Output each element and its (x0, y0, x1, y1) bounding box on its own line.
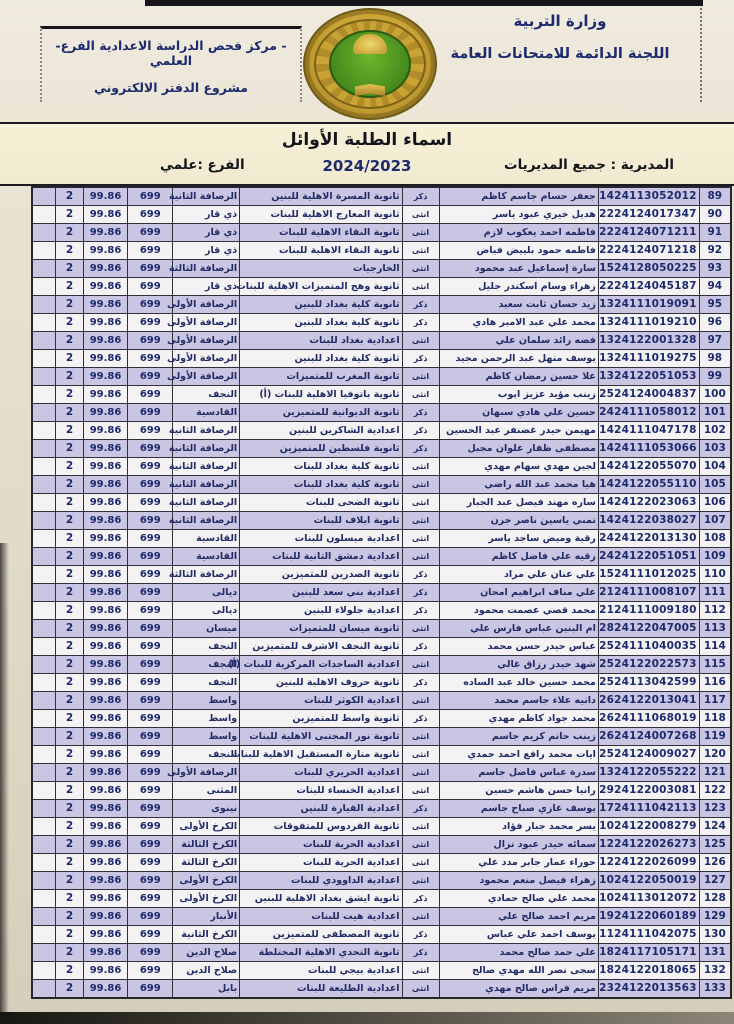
table-row: 109 2424122051051 رقيه علي فاضل كاظم انث… (32, 548, 731, 566)
cell-student-name: مريم احمد صالح علي (439, 908, 598, 926)
cell-blank (32, 800, 56, 818)
cell-percentage: 99.86 (83, 692, 127, 710)
cell-blank (32, 890, 56, 908)
cell-student-name: سمائه حيدر عبود نزال (439, 836, 598, 854)
title-band: اسماء الطلبة الأوائل المديرية : جميع الم… (0, 122, 734, 186)
cell-gender: انثى (402, 818, 439, 836)
cell-blank (32, 476, 56, 494)
exam-center-header: - مركز فحص الدراسة الاعدادية الفرع- العل… (40, 26, 302, 102)
cell-subject-count: 2 (56, 566, 84, 584)
cell-percentage: 99.86 (83, 836, 127, 854)
cell-blank (32, 404, 56, 422)
table-row: 115 2524122022573 شهد حيدر رزاق غالي انث… (32, 656, 731, 674)
table-row: 104 1424122055070 لجين مهدي سهام مهدي ان… (32, 458, 731, 476)
table-row: 117 2624122013041 دانيه علاء جاسم محمد ا… (32, 692, 731, 710)
cell-school: ثانوية النقاء الاهلية للبنات (240, 224, 402, 242)
table-row: 100 2524124004837 زينب مؤيد عزيز ايوب ان… (32, 386, 731, 404)
ministry-header: وزارة التربية اللجنة الدائمة للامتحانات … (420, 12, 700, 62)
cell-rank: 90 (699, 206, 731, 224)
cell-school: اعدادية الحريري للبنات (240, 764, 402, 782)
cell-percentage: 99.86 (83, 944, 127, 962)
cell-percentage: 99.86 (83, 530, 127, 548)
cell-directorate: النجف (173, 386, 240, 404)
exam-center-line1: - مركز فحص الدراسة الاعدادية الفرع- العل… (42, 38, 300, 68)
cell-percentage: 99.86 (83, 638, 127, 656)
cell-average: 699 (128, 890, 173, 908)
cell-rank: 101 (699, 404, 731, 422)
cell-average: 699 (128, 440, 173, 458)
cell-directorate: الرصافة الثانية (173, 187, 240, 206)
cell-student-name: محمد علي عبد الامير هادي (439, 314, 598, 332)
cell-gender: انثى (402, 278, 439, 296)
cell-directorate: الكرخ الثالثة (173, 836, 240, 854)
cell-school: اعدادية دمشق الثانية للبنات (240, 548, 402, 566)
cell-gender: انثى (402, 692, 439, 710)
cell-blank (32, 260, 56, 278)
cell-gender: ذكر (402, 440, 439, 458)
cell-blank (32, 187, 56, 206)
cell-directorate: المثنى (173, 782, 240, 800)
cell-student-name: هيا محمد عبد الله راضي (439, 476, 598, 494)
cell-blank (32, 944, 56, 962)
cell-rank: 94 (699, 278, 731, 296)
table-row: 113 2824122047005 ام البنين عباس فارس عل… (32, 620, 731, 638)
table-row: 126 1224122026099 حوراء عمار جابر مدد عل… (32, 854, 731, 872)
cell-average: 699 (128, 962, 173, 980)
cell-rank: 112 (699, 602, 731, 620)
cell-student-name: علي مناف ابراهيم امحان (439, 584, 598, 602)
table-row: 131 1824117105171 علي حمد صالح محمد ذكر … (32, 944, 731, 962)
cell-blank (32, 566, 56, 584)
cell-percentage: 99.86 (83, 332, 127, 350)
cell-subject-count: 2 (56, 710, 84, 728)
cell-student-name: سجى نصر الله مهدي صالح (439, 962, 598, 980)
cell-gender: ذكر (402, 314, 439, 332)
cell-average: 699 (128, 548, 173, 566)
cell-directorate: واسط (173, 728, 240, 746)
cell-exam-number: 1524111012025 (598, 566, 699, 584)
cell-directorate: النجف (173, 656, 240, 674)
cell-blank (32, 206, 56, 224)
table-row: 90 2224124017347 هديل خيري عبود ياسر انث… (32, 206, 731, 224)
cell-gender: انثى (402, 206, 439, 224)
cell-rank: 92 (699, 242, 731, 260)
table-row: 108 2424122013130 رقية وميض ساجد ياسر ان… (32, 530, 731, 548)
cell-average: 699 (128, 926, 173, 944)
cell-school: اعدادية بيجي للبنات (240, 962, 402, 980)
cell-exam-number: 1124111042075 (598, 926, 699, 944)
cell-school: ثانوية المغرب للمتميزات (240, 368, 402, 386)
cell-average: 699 (128, 386, 173, 404)
cell-blank (32, 368, 56, 386)
cell-directorate: القادسية (173, 548, 240, 566)
cell-school: ثانوية ايشق بغداد الاهلية للبنين (240, 890, 402, 908)
cell-directorate: الرصافة الثالثة (173, 260, 240, 278)
cell-student-name: جعفر حسام جاسم كاظم (439, 187, 598, 206)
cell-school: ثانوية ايلاف للبنات (240, 512, 402, 530)
cell-student-name: يسر محمد جبار فؤاد (439, 818, 598, 836)
cell-subject-count: 2 (56, 638, 84, 656)
cell-gender: انثى (402, 962, 439, 980)
cell-gender: انثى (402, 530, 439, 548)
cell-rank: 118 (699, 710, 731, 728)
cell-average: 699 (128, 728, 173, 746)
cell-average: 699 (128, 422, 173, 440)
cell-subject-count: 2 (56, 476, 84, 494)
table-row: 97 1324122001328 فضه رائد سلمان علي انثى… (32, 332, 731, 350)
cell-percentage: 99.86 (83, 872, 127, 890)
table-row: 114 2524111040035 عباس حيدر حسن محمد ذكر… (32, 638, 731, 656)
cell-exam-number: 1324111019275 (598, 350, 699, 368)
cell-gender: ذكر (402, 187, 439, 206)
cell-gender: ذكر (402, 710, 439, 728)
table-row: 102 1424111047178 مهيمن حيدر غضنفر عبد ا… (32, 422, 731, 440)
cell-rank: 130 (699, 926, 731, 944)
cell-percentage: 99.86 (83, 602, 127, 620)
cell-gender: ذكر (402, 890, 439, 908)
cell-subject-count: 2 (56, 926, 84, 944)
cell-subject-count: 2 (56, 674, 84, 692)
cell-student-name: زهراء وسام اسكندر جليل (439, 278, 598, 296)
cell-rank: 104 (699, 458, 731, 476)
cell-gender: ذكر (402, 584, 439, 602)
cell-exam-number: 1024122008279 (598, 818, 699, 836)
cell-exam-number: 1224122026273 (598, 836, 699, 854)
cell-blank (32, 584, 56, 602)
cell-percentage: 99.86 (83, 206, 127, 224)
cell-average: 699 (128, 512, 173, 530)
cell-average: 699 (128, 674, 173, 692)
cell-gender: انثى (402, 386, 439, 404)
cell-gender: انثى (402, 656, 439, 674)
cell-gender: انثى (402, 494, 439, 512)
cell-directorate: الرصافة الثانية (173, 458, 240, 476)
cell-gender: انثى (402, 548, 439, 566)
cell-average: 699 (128, 458, 173, 476)
cell-rank: 115 (699, 656, 731, 674)
cell-subject-count: 2 (56, 512, 84, 530)
cell-gender: انثى (402, 854, 439, 872)
cell-student-name: علي حمد صالح محمد (439, 944, 598, 962)
cell-exam-number: 1424113052012 (598, 187, 699, 206)
cell-school: ثانوية حروف الاهلية للبنين (240, 674, 402, 692)
cell-average: 699 (128, 566, 173, 584)
cell-school: ثانوية النجف الاشرف للمتميزين (240, 638, 402, 656)
cell-student-name: محمد جواد كاظم مهدي (439, 710, 598, 728)
cell-school: اعدادية الحرية للبنات (240, 836, 402, 854)
cell-rank: 106 (699, 494, 731, 512)
cell-student-name: سارة إسماعيل عبد محمود (439, 260, 598, 278)
cell-exam-number: 1924122060189 (598, 908, 699, 926)
table-row: 119 2624124007268 زينب حاتم كريم جاسم ان… (32, 728, 731, 746)
cell-percentage: 99.86 (83, 656, 127, 674)
cell-directorate: الرصافة الثالثة (173, 566, 240, 584)
cell-subject-count: 2 (56, 242, 84, 260)
table-row: 95 1324111019091 زيد حسان ثابت سعيد ذكر … (32, 296, 731, 314)
cell-subject-count: 2 (56, 800, 84, 818)
cell-exam-number: 1324122051053 (598, 368, 699, 386)
cell-blank (32, 692, 56, 710)
cell-blank (32, 530, 56, 548)
cell-subject-count: 2 (56, 422, 84, 440)
cell-average: 699 (128, 278, 173, 296)
cell-average: 699 (128, 620, 173, 638)
cell-gender: انثى (402, 836, 439, 854)
cell-gender: انثى (402, 764, 439, 782)
cell-subject-count: 2 (56, 440, 84, 458)
cell-rank: 100 (699, 386, 731, 404)
cell-rank: 111 (699, 584, 731, 602)
cell-subject-count: 2 (56, 584, 84, 602)
cell-school: اعدادية الكوثر للبنات (240, 692, 402, 710)
table-row: 106 1424122023063 ساره مهند فيصل عبد الج… (32, 494, 731, 512)
table-row: 123 1724111042113 يوسف غازي صباح جاسم ذك… (32, 800, 731, 818)
cell-rank: 93 (699, 260, 731, 278)
cell-student-name: ام البنين عباس فارس علي (439, 620, 598, 638)
cell-subject-count: 2 (56, 980, 84, 999)
cell-directorate: الرصافة الأولى (173, 764, 240, 782)
results-table: 89 1424113052012 جعفر حسام جاسم كاظم ذكر… (31, 186, 732, 999)
cell-student-name: فضه رائد سلمان علي (439, 332, 598, 350)
cell-gender: انثى (402, 332, 439, 350)
cell-gender: انثى (402, 260, 439, 278)
cell-blank (32, 314, 56, 332)
cell-directorate: الأنبار (173, 908, 240, 926)
cell-blank (32, 872, 56, 890)
cell-blank (32, 638, 56, 656)
cell-subject-count: 2 (56, 368, 84, 386)
cell-directorate: بابل (173, 980, 240, 999)
table-row: 101 2424111058012 حسين علي هادي سبهان ذك… (32, 404, 731, 422)
cell-school: اعدادية الساجدات المركزية للبنات (أ) (240, 656, 402, 674)
cell-gender: انثى (402, 728, 439, 746)
cell-directorate: الكرخ الأولى (173, 890, 240, 908)
cell-subject-count: 2 (56, 296, 84, 314)
cell-school: ثانوية المصطفى للمتميزين (240, 926, 402, 944)
results-table-body: 89 1424113052012 جعفر حسام جاسم كاظم ذكر… (32, 187, 731, 998)
cell-average: 699 (128, 224, 173, 242)
cell-rank: 121 (699, 764, 731, 782)
cell-directorate: الرصافة الأولى (173, 368, 240, 386)
cell-rank: 109 (699, 548, 731, 566)
cell-percentage: 99.86 (83, 926, 127, 944)
cell-percentage: 99.86 (83, 314, 127, 332)
cell-exam-number: 1524128050225 (598, 260, 699, 278)
cell-directorate: ميسان (173, 620, 240, 638)
cell-rank: 125 (699, 836, 731, 854)
cell-subject-count: 2 (56, 602, 84, 620)
cell-directorate: واسط (173, 692, 240, 710)
cell-exam-number: 1324111019091 (598, 296, 699, 314)
cell-average: 699 (128, 710, 173, 728)
cell-average: 699 (128, 746, 173, 764)
table-row: 120 2524124009027 ايات محمد رافع احمد حم… (32, 746, 731, 764)
cell-student-name: ايات محمد رافع احمد حمدي (439, 746, 598, 764)
cell-exam-number: 1324111019210 (598, 314, 699, 332)
cell-student-name: لجين مهدي سهام مهدي (439, 458, 598, 476)
cell-student-name: زينب حاتم كريم جاسم (439, 728, 598, 746)
cell-average: 699 (128, 476, 173, 494)
cell-exam-number: 2424122013130 (598, 530, 699, 548)
cell-exam-number: 2224124045187 (598, 278, 699, 296)
table-row: 130 1124111042075 يوسف احمد علي عباس ذكر… (32, 926, 731, 944)
cell-student-name: زهراء فيصل منعم محمود (439, 872, 598, 890)
cell-exam-number: 2624124007268 (598, 728, 699, 746)
cell-rank: 124 (699, 818, 731, 836)
cell-directorate: ديالى (173, 584, 240, 602)
cell-average: 699 (128, 187, 173, 206)
cell-subject-count: 2 (56, 530, 84, 548)
cell-exam-number: 1424111047178 (598, 422, 699, 440)
cell-subject-count: 2 (56, 206, 84, 224)
cell-gender: ذكر (402, 800, 439, 818)
cell-exam-number: 2624111068019 (598, 710, 699, 728)
cell-student-name: سدرة عباس فاضل جاسم (439, 764, 598, 782)
table-row: 96 1324111019210 محمد علي عبد الامير هاد… (32, 314, 731, 332)
cell-directorate: الرصافة الثانية (173, 494, 240, 512)
cell-average: 699 (128, 638, 173, 656)
table-row: 92 2224124071218 فاطمه حمود بلييض فياض ا… (32, 242, 731, 260)
cell-blank (32, 746, 56, 764)
cell-gender: انثى (402, 620, 439, 638)
cell-average: 699 (128, 494, 173, 512)
cell-percentage: 99.86 (83, 710, 127, 728)
cell-exam-number: 1424122055110 (598, 476, 699, 494)
cell-percentage: 99.86 (83, 386, 127, 404)
cell-subject-count: 2 (56, 278, 84, 296)
cell-percentage: 99.86 (83, 674, 127, 692)
cell-exam-number: 1324122001328 (598, 332, 699, 350)
cell-blank (32, 710, 56, 728)
cell-percentage: 99.86 (83, 782, 127, 800)
cell-rank: 128 (699, 890, 731, 908)
table-row: 111 2124111008107 علي مناف ابراهيم امحان… (32, 584, 731, 602)
cell-blank (32, 728, 56, 746)
cell-directorate: القادسية (173, 404, 240, 422)
cell-rank: 129 (699, 908, 731, 926)
cell-subject-count: 2 (56, 746, 84, 764)
cell-percentage: 99.86 (83, 224, 127, 242)
table-row: 133 2324122013563 مريم فراس صالح مهدي ان… (32, 980, 731, 999)
cell-blank (32, 386, 56, 404)
cell-blank (32, 278, 56, 296)
cell-percentage: 99.86 (83, 764, 127, 782)
table-row: 129 1924122060189 مريم احمد صالح علي انث… (32, 908, 731, 926)
cell-school: اعدادية بغداد للبنات (240, 332, 402, 350)
cell-student-name: فاطمه احمد يعكوب لازم (439, 224, 598, 242)
cell-rank: 97 (699, 332, 731, 350)
cell-subject-count: 2 (56, 872, 84, 890)
table-row: 118 2624111068019 محمد جواد كاظم مهدي ذك… (32, 710, 731, 728)
cell-blank (32, 926, 56, 944)
table-row: 98 1324111019275 يوسف منهل عبد الرحمن مج… (32, 350, 731, 368)
cell-percentage: 99.86 (83, 350, 127, 368)
cell-exam-number: 2124111009180 (598, 602, 699, 620)
cell-school: اعدادية ميسلون للبنات (240, 530, 402, 548)
cell-directorate: ديالى (173, 602, 240, 620)
cell-directorate: الكرخ الأولى (173, 818, 240, 836)
cell-gender: انثى (402, 224, 439, 242)
cell-subject-count: 2 (56, 386, 84, 404)
cell-gender: انثى (402, 476, 439, 494)
cell-gender: انثى (402, 980, 439, 999)
ministry-title: وزارة التربية (420, 12, 700, 30)
cell-school: اعدادية القيارة للبنين (240, 800, 402, 818)
cell-subject-count: 2 (56, 728, 84, 746)
cell-percentage: 99.86 (83, 422, 127, 440)
cell-blank (32, 224, 56, 242)
cell-blank (32, 908, 56, 926)
cell-percentage: 99.86 (83, 566, 127, 584)
cell-average: 699 (128, 800, 173, 818)
cell-directorate: صلاح الدين (173, 962, 240, 980)
cell-rank: 98 (699, 350, 731, 368)
cell-average: 699 (128, 530, 173, 548)
cell-school: ثانوية كلية بغداد للبنين (240, 296, 402, 314)
table-row: 105 1424122055110 هيا محمد عبد الله راضي… (32, 476, 731, 494)
cell-rank: 91 (699, 224, 731, 242)
cell-blank (32, 512, 56, 530)
ministry-logo-icon (303, 8, 437, 120)
table-row: 110 1524111012025 علي عنان علي مراد ذكر … (32, 566, 731, 584)
cell-subject-count: 2 (56, 548, 84, 566)
cell-rank: 113 (699, 620, 731, 638)
cell-student-name: رانيا حسن هاشم حسين (439, 782, 598, 800)
cell-percentage: 99.86 (83, 908, 127, 926)
cell-school: ثانوية الضحى للبنات (240, 494, 402, 512)
cell-exam-number: 2124111008107 (598, 584, 699, 602)
cell-directorate: الرصافة الأولى (173, 296, 240, 314)
cell-student-name: زينب مؤيد عزيز ايوب (439, 386, 598, 404)
cell-exam-number: 1224122026099 (598, 854, 699, 872)
cell-student-name: شهد حيدر رزاق غالي (439, 656, 598, 674)
cell-directorate: الكرخ الثانية (173, 926, 240, 944)
cell-gender: ذكر (402, 926, 439, 944)
cell-blank (32, 602, 56, 620)
cell-exam-number: 2524124004837 (598, 386, 699, 404)
cell-rank: 110 (699, 566, 731, 584)
cell-gender: انثى (402, 368, 439, 386)
cell-percentage: 99.86 (83, 368, 127, 386)
cell-school: الخارجيات (240, 260, 402, 278)
cell-average: 699 (128, 872, 173, 890)
cell-gender: ذكر (402, 944, 439, 962)
cell-average: 699 (128, 944, 173, 962)
cell-school: ثانوية النقاء الاهلية للبنات (240, 242, 402, 260)
cell-school: ثانوية كلية بغداد للبنين (240, 314, 402, 332)
cell-percentage: 99.86 (83, 980, 127, 999)
cell-subject-count: 2 (56, 314, 84, 332)
cell-percentage: 99.86 (83, 242, 127, 260)
cell-school: ثانوية باتوفيا الاهلية للبنات (أ) (240, 386, 402, 404)
cell-rank: 120 (699, 746, 731, 764)
cell-student-name: يوسف غازي صباح جاسم (439, 800, 598, 818)
cell-student-name: رقيه علي فاضل كاظم (439, 548, 598, 566)
cell-school: ثانوية واسط للمتميزين (240, 710, 402, 728)
cell-gender: انثى (402, 782, 439, 800)
cell-gender: انثى (402, 458, 439, 476)
cell-student-name: ساره مهند فيصل عبد الجبار (439, 494, 598, 512)
cell-directorate: النجف (173, 746, 240, 764)
cell-average: 699 (128, 818, 173, 836)
cell-percentage: 99.86 (83, 296, 127, 314)
table-row: 103 1424111053066 مصطفى ظفار علوان مجبل … (32, 440, 731, 458)
dotted-margin-line (700, 8, 702, 102)
cell-directorate: صلاح الدين (173, 944, 240, 962)
cell-exam-number: 1024113012072 (598, 890, 699, 908)
cell-gender: ذكر (402, 602, 439, 620)
cell-school: ثانوية نور المجتبى الاهلية للبنات (240, 728, 402, 746)
